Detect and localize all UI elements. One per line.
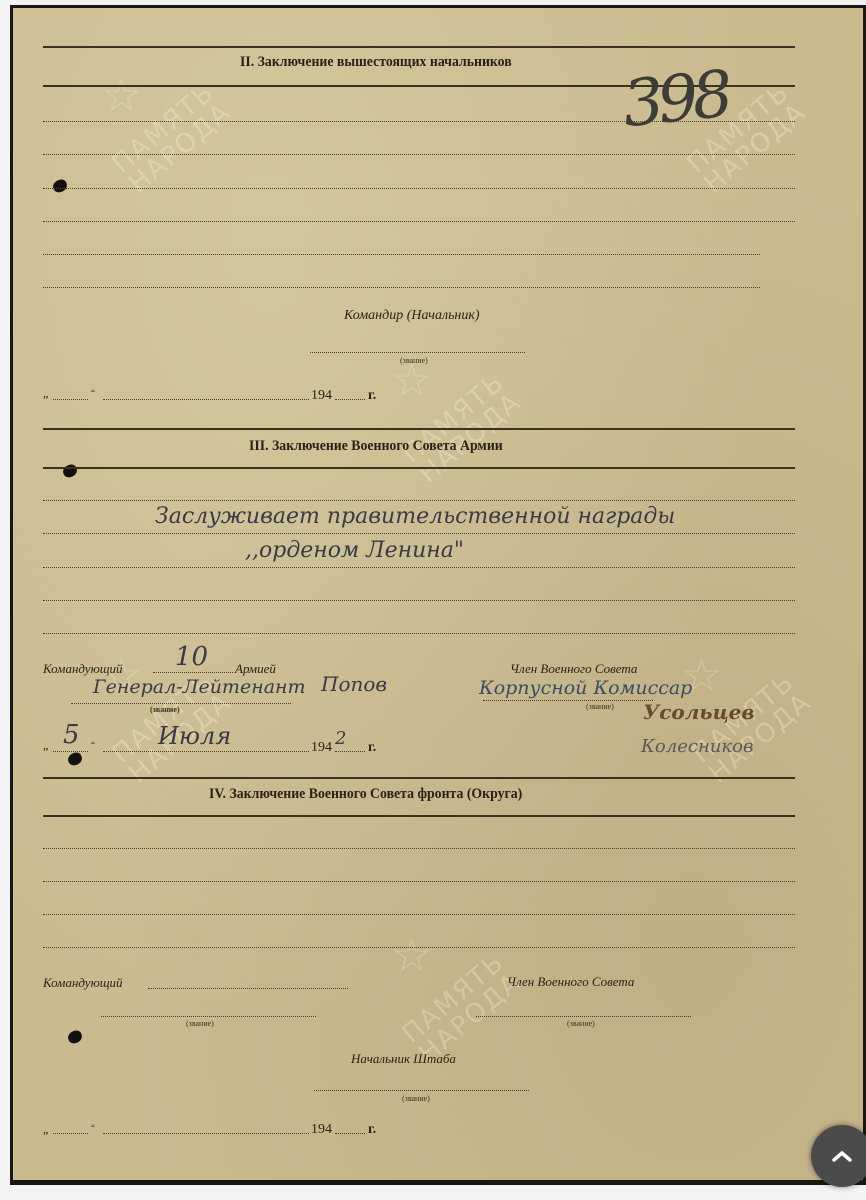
year-line — [335, 1133, 365, 1134]
year-suffix: г. — [368, 1122, 376, 1138]
document-paper: ☆ ПАМЯТЬНАРОДА ПАМЯТЬНАРОДА ☆ ПАМЯТЬНАРО… — [13, 8, 863, 1180]
council-member-signature-2: Колесников — [641, 736, 753, 757]
rank-line — [314, 1090, 529, 1091]
handwritten-conclusion-line-1: Заслуживает правительственной награды — [155, 504, 675, 529]
date-day-line — [53, 399, 88, 400]
date-month-line — [103, 1133, 309, 1134]
date-day-line — [53, 751, 88, 752]
blank-line — [43, 947, 795, 948]
year-prefix: 194 — [311, 740, 332, 756]
rank-line — [71, 703, 291, 704]
year-line — [335, 751, 365, 752]
rule — [43, 777, 795, 779]
year-digit-handwritten: 2 — [335, 728, 346, 749]
army-commander-label: Командующий — [43, 661, 123, 677]
blank-line — [43, 121, 795, 122]
council-member-signature: Усольцев — [643, 700, 755, 724]
rank-line — [101, 1016, 316, 1017]
archive-number-handwritten: 398 — [619, 58, 730, 142]
rank-caption: (звание) — [150, 705, 180, 714]
punch-hole — [66, 1029, 83, 1045]
year-suffix: г. — [368, 740, 376, 756]
rank-signature-line — [310, 352, 525, 353]
document-scan-frame: ☆ ПАМЯТЬНАРОДА ПАМЯТЬНАРОДА ☆ ПАМЯТЬНАРО… — [10, 5, 866, 1185]
blank-line — [43, 500, 795, 501]
blank-line — [43, 848, 795, 849]
council-member-label: Член Военного Совета — [510, 661, 637, 677]
front-commander-label: Командующий — [43, 975, 123, 991]
chief-of-staff-label: Начальник Штаба — [351, 1051, 456, 1067]
blank-line — [43, 188, 795, 189]
army-number-line — [153, 672, 233, 673]
front-council-member-label: Член Военного Совета — [507, 974, 634, 990]
date-quote: “ — [91, 740, 95, 750]
section-3-title: III. Заключение Военного Совета Армии — [249, 438, 503, 455]
rank-line — [476, 1016, 691, 1017]
blank-line — [43, 287, 760, 288]
commander-rank-handwritten: Генерал-Лейтенант — [93, 676, 306, 698]
rank-caption: (звание) — [186, 1019, 214, 1028]
year-suffix: г. — [368, 388, 376, 404]
year-prefix: 194 — [311, 1122, 332, 1138]
rank-caption: (звание) — [586, 702, 614, 711]
blank-line — [43, 533, 795, 534]
blank-line — [43, 881, 795, 882]
punch-hole — [61, 463, 78, 479]
blank-line — [43, 254, 760, 255]
army-number-handwritten: 10 — [175, 642, 208, 672]
date-quote: „ — [43, 1122, 48, 1137]
rank-caption: (звание) — [402, 1094, 430, 1103]
year-prefix: 194 — [311, 388, 332, 404]
blank-line — [43, 221, 795, 222]
year-line — [335, 399, 365, 400]
blank-line — [43, 567, 795, 568]
date-quote: „ — [43, 386, 48, 401]
commander-signature-line — [148, 988, 348, 989]
rule — [43, 815, 795, 817]
punch-hole — [51, 178, 68, 194]
date-month-handwritten: Июля — [158, 722, 231, 750]
rank-caption: (звание) — [400, 356, 428, 365]
date-quote: „ — [43, 738, 48, 753]
date-day-line — [53, 1133, 88, 1134]
watermark-star-icon: ☆ — [101, 68, 142, 122]
rule — [43, 428, 795, 430]
blank-line — [43, 914, 795, 915]
commander-signature: Попов — [321, 672, 387, 696]
punch-hole — [66, 751, 83, 767]
rank-line — [483, 700, 653, 701]
chevron-up-icon — [831, 1149, 853, 1163]
rule — [43, 467, 795, 469]
date-quote: “ — [91, 388, 95, 398]
blank-line — [43, 633, 795, 634]
commander-label: Командир (Начальник) — [344, 308, 480, 324]
date-quote: “ — [91, 1123, 95, 1133]
scroll-to-top-button[interactable] — [811, 1125, 866, 1187]
date-day-handwritten: 5 — [63, 720, 80, 750]
blank-line — [43, 154, 795, 155]
rule — [43, 46, 795, 48]
handwritten-conclusion-line-2: ,,орденом Ленина" — [245, 538, 464, 563]
date-month-line — [103, 751, 309, 752]
watermark-star-icon: ☆ — [391, 928, 432, 982]
section-4-title: IV. Заключение Военного Совета фронта (О… — [209, 786, 522, 803]
army-label: Армией — [235, 661, 276, 677]
council-member-rank-handwritten: Корпусной Комиссар — [479, 677, 692, 699]
section-2-title: II. Заключение вышестоящих начальников — [240, 54, 512, 71]
blank-line — [43, 600, 795, 601]
date-month-line — [103, 399, 309, 400]
rank-caption: (звание) — [567, 1019, 595, 1028]
